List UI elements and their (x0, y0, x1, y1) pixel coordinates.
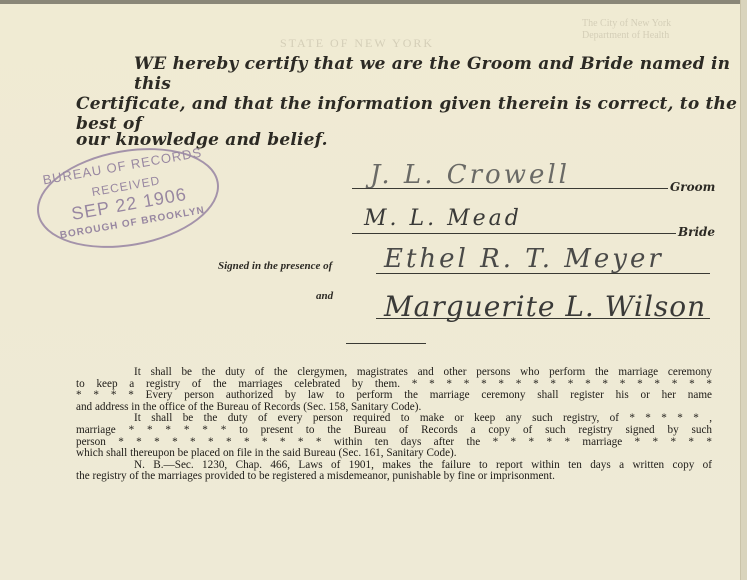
groom-signature: J. L. Crowell (370, 160, 570, 190)
bride-signature-line (352, 233, 676, 234)
legal-notice: It shall be the duty of the clergymen, m… (76, 367, 712, 483)
certification-line-2: Certificate, and that the information gi… (76, 94, 747, 134)
legal-line-6: marriage * * * * * * to present to the B… (76, 425, 712, 437)
ghost-text-state: STATE OF NEW YORK (280, 36, 434, 51)
and-label: and (316, 290, 333, 302)
ghost-text-department: Department of Health (582, 30, 669, 41)
certification-line-1: WE hereby certify that we are the Groom … (134, 54, 747, 94)
witness-1-signature-line (376, 273, 710, 274)
witness-2-signature-line (376, 318, 710, 319)
groom-signature-line (352, 188, 668, 189)
ghost-text-city: The City of New York (582, 18, 671, 29)
groom-label: Groom (670, 180, 715, 194)
witness-1-signature: Ethel R. T. Meyer (384, 244, 664, 274)
legal-line-10: the registry of the marriages provided t… (76, 471, 712, 483)
bride-label: Bride (678, 225, 715, 239)
bride-signature: M. L. Mead (364, 206, 522, 231)
unsigned-line (346, 343, 426, 344)
presence-label: Signed in the presence of (218, 260, 332, 272)
legal-line-8: which shall thereupon be placed on file … (76, 448, 712, 460)
legal-line-1: It shall be the duty of the clergymen, m… (76, 367, 712, 379)
